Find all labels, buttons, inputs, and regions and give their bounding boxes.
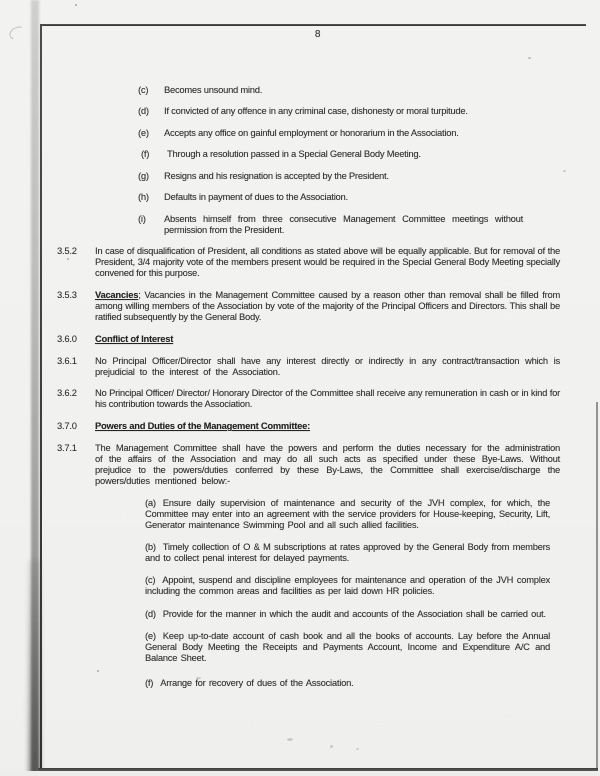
clause-item: (g) Resigns and his resignation is accep… bbox=[138, 171, 523, 182]
scan-speck bbox=[563, 170, 566, 172]
section-number: 3.7.1 bbox=[57, 443, 95, 487]
clause-text: Becomes unsound mind. bbox=[164, 85, 523, 96]
clause-item: (i) Absents himself from three consecuti… bbox=[138, 214, 523, 236]
power-text: Provide for the manner in which the audi… bbox=[163, 609, 546, 619]
section-text: Vacancies; Vacancies in the Management C… bbox=[95, 290, 560, 323]
page-number: 8 bbox=[57, 30, 560, 41]
clause-text: Absents himself from three consecutive M… bbox=[164, 214, 523, 236]
page-border-right bbox=[596, 402, 598, 770]
section-heading: Conflict of Interest bbox=[95, 334, 173, 344]
section-number: 3.5.3 bbox=[57, 290, 95, 323]
power-text: Appoint, suspend and discipline employee… bbox=[145, 575, 550, 596]
powers-duties-list: (a)Ensure daily supervision of maintenan… bbox=[145, 498, 550, 689]
clause-text: If convicted of any offence in any crimi… bbox=[164, 106, 523, 117]
clause-label: (g) bbox=[138, 171, 164, 182]
page-border-left bbox=[40, 24, 42, 776]
power-item: (f)Arrange for recovery of dues of the A… bbox=[145, 678, 550, 689]
section-3-6-1: 3.6.1 No Principal Officer/Director shal… bbox=[57, 356, 560, 378]
clause-text: Resigns and his resignation is accepted … bbox=[164, 171, 523, 182]
section-text: The Management Committee shall have the … bbox=[95, 443, 560, 487]
section-number: 3.6.1 bbox=[57, 356, 95, 378]
power-label: (b) bbox=[145, 542, 156, 552]
section-3-7-0: 3.7.0 Powers and Duties of the Managemen… bbox=[57, 421, 560, 432]
power-text: Timely collection of O & M subscriptions… bbox=[145, 542, 550, 563]
section-3-5-2: 3.5.2 In case of disqualification of Pre… bbox=[57, 246, 560, 279]
scan-smudge bbox=[330, 745, 333, 748]
power-label: (a) bbox=[145, 498, 156, 508]
power-item: (c)Appoint, suspend and discipline emplo… bbox=[145, 575, 550, 597]
power-label: (e) bbox=[145, 631, 156, 641]
section-text: No Principal Officer/Director shall have… bbox=[95, 356, 560, 378]
section-text-rest: ; Vacancies in the Management Committee … bbox=[95, 290, 560, 322]
clause-label: (d) bbox=[138, 106, 164, 117]
power-item: (e)Keep up-to-date account of cash book … bbox=[145, 631, 550, 664]
clause-label: (h) bbox=[138, 192, 164, 203]
scanner-edge bbox=[0, 771, 600, 776]
power-text: Arrange for recovery of dues of the Asso… bbox=[160, 678, 353, 688]
section-number: 3.5.2 bbox=[57, 246, 95, 279]
clause-label: (f) bbox=[138, 149, 167, 160]
clause-label: (c) bbox=[138, 85, 164, 96]
section-text: In case of disqualification of President… bbox=[95, 246, 560, 279]
clause-label: (i) bbox=[138, 214, 164, 236]
section-heading-wrap: Conflict of Interest bbox=[95, 334, 560, 345]
section-number: 3.7.0 bbox=[57, 421, 95, 432]
pencil-mark bbox=[7, 24, 27, 42]
scan-smudge bbox=[356, 748, 359, 750]
power-label: (f) bbox=[145, 678, 153, 688]
section-3-5-3: 3.5.3 Vacancies; Vacancies in the Manage… bbox=[57, 290, 560, 323]
clause-item: (c) Becomes unsound mind. bbox=[138, 85, 523, 96]
page-border-top bbox=[40, 24, 586, 26]
clause-text: Accepts any office on gainful employment… bbox=[164, 128, 523, 139]
section-3-6-0: 3.6.0 Conflict of Interest bbox=[57, 334, 560, 345]
document-content: 8 (c) Becomes unsound mind. (d) If convi… bbox=[57, 30, 560, 700]
section-3-6-2: 3.6.2 No Principal Officer/ Director/ Ho… bbox=[57, 388, 560, 410]
clause-label: (e) bbox=[138, 128, 164, 139]
power-text: Ensure daily supervision of maintenance … bbox=[145, 498, 550, 530]
section-number: 3.6.2 bbox=[57, 388, 95, 410]
power-item: (d)Provide for the manner in which the a… bbox=[145, 609, 550, 620]
section-lead-word: Vacancies bbox=[95, 290, 138, 300]
section-heading-wrap: Powers and Duties of the Management Comm… bbox=[95, 421, 560, 432]
power-item: (b)Timely collection of O & M subscripti… bbox=[145, 542, 550, 564]
power-item: (a)Ensure daily supervision of maintenan… bbox=[145, 498, 550, 531]
clause-item: (e) Accepts any office on gainful employ… bbox=[138, 128, 523, 139]
clause-text: Through a resolution passed in a Special… bbox=[167, 149, 523, 160]
clause-item: (f) Through a resolution passed in a Spe… bbox=[138, 149, 523, 160]
section-3-7-1: 3.7.1 The Management Committee shall hav… bbox=[57, 443, 560, 487]
power-label: (c) bbox=[145, 575, 155, 585]
clause-text: Defaults in payment of dues to the Assoc… bbox=[164, 192, 523, 203]
scan-speck bbox=[75, 4, 77, 6]
power-text: Keep up-to-date account of cash book and… bbox=[145, 631, 550, 663]
clause-item: (h) Defaults in payment of dues to the A… bbox=[138, 192, 523, 203]
disqualification-clause-list: (c) Becomes unsound mind. (d) If convict… bbox=[138, 85, 523, 236]
section-heading: Powers and Duties of the Management Comm… bbox=[95, 421, 310, 431]
scan-smudge bbox=[287, 738, 293, 741]
section-text: No Principal Officer/ Director/ Honorary… bbox=[95, 388, 560, 410]
scanned-page: 8 (c) Becomes unsound mind. (d) If convi… bbox=[0, 0, 600, 776]
section-number: 3.6.0 bbox=[57, 334, 95, 345]
clause-item: (d) If convicted of any offence in any c… bbox=[138, 106, 523, 117]
power-label: (d) bbox=[145, 609, 156, 619]
